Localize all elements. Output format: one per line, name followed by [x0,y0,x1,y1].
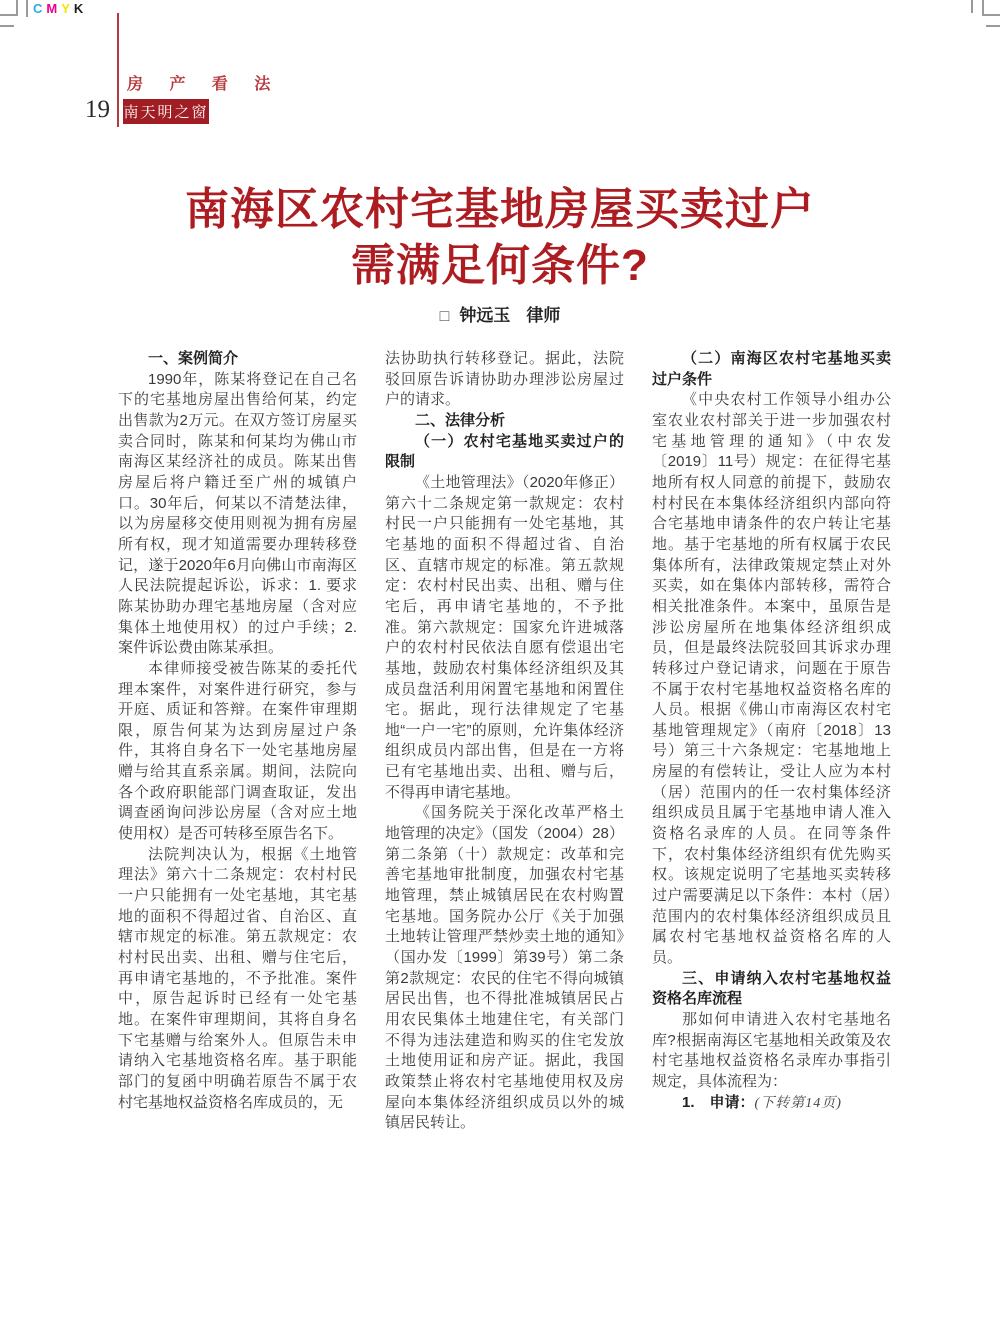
cmyk-letter-k: K [74,1,87,16]
crop-mark-top-right [982,0,1000,16]
body-paragraph: 《国务院关于深化改革严格土地管理的决定》（国发（2004）28）第二条第（十）款… [385,803,624,1134]
numbered-step: 1. 申请：(下转第14页) [652,1093,891,1115]
text-column-2: 法协助执行转移登记。据此，法院驳回原告诉请协助办理涉讼房屋过户的请求。二、法律分… [385,349,624,1134]
text-column-3: （二）南海区农村宅基地买卖过户条件《中央农村工作领导小组办公室农业农村部关于进一… [652,349,891,1114]
crop-mark-top-left [0,0,18,16]
body-paragraph: 1990年，陈某将登记在自己名下的宅基地房屋出售给何某，约定出售款为2万元。在双… [118,370,357,659]
registration-tick [971,0,973,13]
registration-tick [986,25,1000,27]
body-paragraph: 那如何申请进入农村宅基地名库?根据南海区宅基地相关政策及农村宅基地权益资格名录库… [652,1010,891,1093]
cmyk-letter-y: Y [61,1,74,16]
byline: □钟远玉律师 [0,301,1000,326]
author-name: 钟远玉 [459,306,510,325]
header-divider-rule [117,13,119,127]
article-title-line2: 需满足何条件? [0,238,1000,294]
body-paragraph: 法院判决认为，根据《土地管理法》第六十二条规定：农村村民一户只能拥有一处宅基地，… [118,845,357,1114]
author-role: 律师 [526,306,560,325]
section-heading: 二、法律分析 [385,411,624,432]
section-heading: （一）农村宅基地买卖过户的限制 [385,432,624,473]
text-column-1: 一、案例简介1990年，陈某将登记在自己名下的宅基地房屋出售给何某，约定出售款为… [118,349,357,1113]
author-marker-icon: □ [440,308,450,325]
article-title-line1: 南海区农村宅基地房屋买卖过户 [0,182,1000,238]
section-heading: （二）南海区农村宅基地买卖过户条件 [652,349,891,390]
section-kicker: 房 产 看 法 [127,71,281,94]
section-heading: 三、申请纳入农村宅基地权益资格名库流程 [652,969,891,1010]
registration-tick [26,0,28,17]
step-number: 1. [682,1094,710,1111]
body-paragraph: 本律师接受被告陈某的委托代理本案件，对案件进行研究，参与开庭、质证和答辩。在案件… [118,659,357,845]
page-number: 19 [70,96,110,124]
cmyk-letter-m: M [46,1,61,16]
section-heading: 一、案例简介 [118,349,357,370]
registration-tick [0,25,14,27]
step-label: 申请： [710,1094,755,1111]
continuation-note: (下转第14页) [755,1096,842,1111]
body-paragraph-continued: 法协助执行转移登记。据此，法院驳回原告诉请协助办理涉讼房屋过户的请求。 [385,349,624,411]
cmyk-color-bar: CMYK [33,1,87,16]
column-badge: 南天明之窗 [123,99,209,124]
article-title: 南海区农村宅基地房屋买卖过户 需满足何条件? [0,182,1000,294]
body-paragraph: 《土地管理法》（2020年修正）第六十二条规定第一款规定：农村村民一户只能拥有一… [385,473,624,804]
cmyk-letter-c: C [33,1,46,16]
body-paragraph: 《中央农村工作领导小组办公室农业农村部关于进一步加强农村宅基地管理的通知》（中农… [652,390,891,968]
